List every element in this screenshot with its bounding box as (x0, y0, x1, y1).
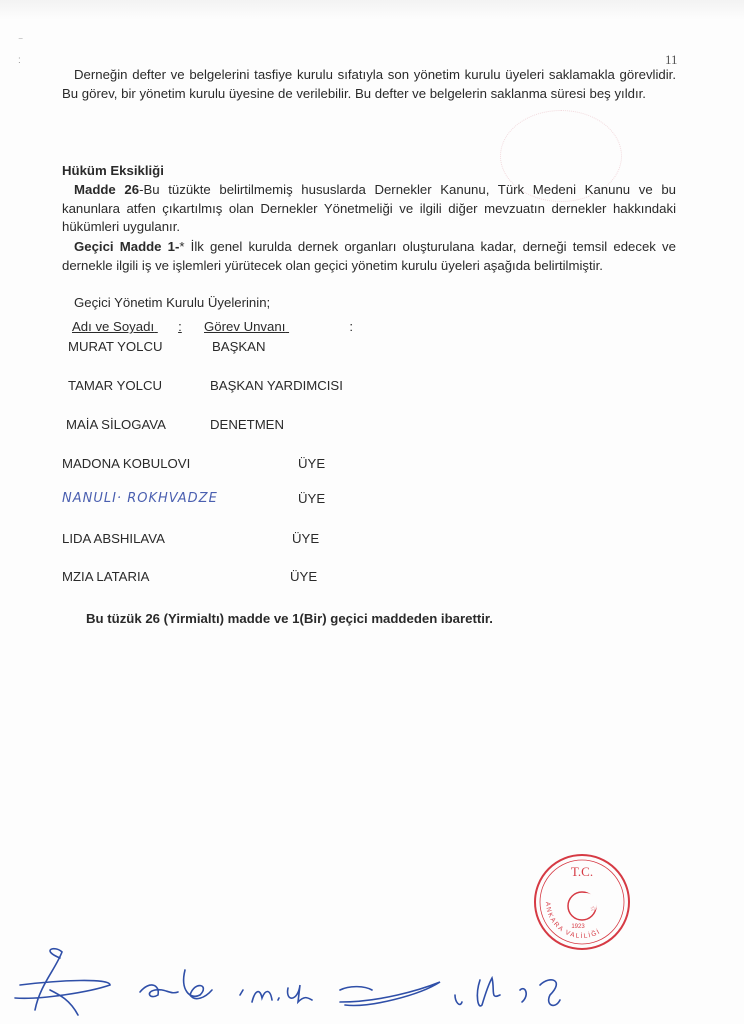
temporary-article-label: Geçici Madde 1- (74, 239, 179, 254)
signature-3 (240, 985, 312, 1002)
member-name: MADONA KOBULOVI (62, 456, 190, 471)
article-26-text: -Bu tüzükte belirtilmemiş hususlarda Der… (62, 182, 676, 234)
paragraph-retention: Derneğin defter ve belgelerini tasfiye k… (62, 66, 676, 103)
member-name: NANULI· ROKHVADZE (62, 491, 218, 506)
official-stamp: T.C. ☆ 1923 ANKARA VALİLİĞİ (532, 852, 632, 952)
member-title: BAŞKAN (212, 339, 266, 354)
member-name: MAİA SİLOGAVA (66, 417, 166, 432)
member-title: ÜYE (290, 569, 317, 584)
header-name-label: Adı ve Soyadı (72, 319, 154, 334)
header-name-underline (154, 319, 178, 334)
members-intro: Geçici Yönetim Kurulu Üyelerinin; (74, 295, 270, 310)
header-name: Adı ve Soyadı : (72, 319, 182, 334)
star-icon: ☆ (590, 905, 596, 913)
temporary-article: Geçici Madde 1-* İlk genel kurulda derne… (62, 238, 676, 275)
signatures (0, 940, 744, 1024)
member-title: BAŞKAN YARDIMCISI (210, 378, 343, 393)
header-title-label: Görev Unvanı (204, 319, 285, 334)
member-title: ÜYE (298, 456, 325, 471)
svg-text:1923: 1923 (571, 924, 585, 930)
member-title: ÜYE (292, 531, 319, 546)
scan-speck: : (18, 55, 21, 66)
header-sep: : (349, 319, 353, 334)
member-name: MZIA LATARIA (62, 569, 149, 584)
member-name: TAMAR YOLCU (68, 378, 162, 393)
document-page: ⁻ : 11 Derneğin defter ve belgelerini ta… (0, 0, 744, 1024)
scan-edge (0, 0, 744, 20)
article-26-label: Madde 26 (74, 182, 139, 197)
header-sep: : (178, 319, 182, 334)
header-title: Görev Unvanı : (204, 319, 353, 334)
section-heading: Hüküm Eksikliği (62, 163, 164, 178)
signature-1 (15, 949, 110, 1015)
member-title: DENETMEN (210, 417, 284, 432)
signature-2 (140, 970, 212, 999)
signature-5 (455, 978, 500, 1006)
closing-statement: Bu tüzük 26 (Yirmialtı) madde ve 1(Bir) … (86, 611, 493, 626)
scan-speck: ⁻ (18, 36, 23, 47)
member-name: LIDA ABSHILAVA (62, 531, 165, 546)
header-title-underline (285, 319, 349, 334)
svg-text:T.C.: T.C. (571, 864, 593, 879)
signature-6 (520, 980, 560, 1006)
member-name: MURAT YOLCU (68, 339, 163, 354)
member-title: ÜYE (298, 491, 325, 506)
article-26: Madde 26-Bu tüzükte belirtilmemiş hususl… (62, 181, 676, 237)
signature-4 (340, 982, 440, 1005)
